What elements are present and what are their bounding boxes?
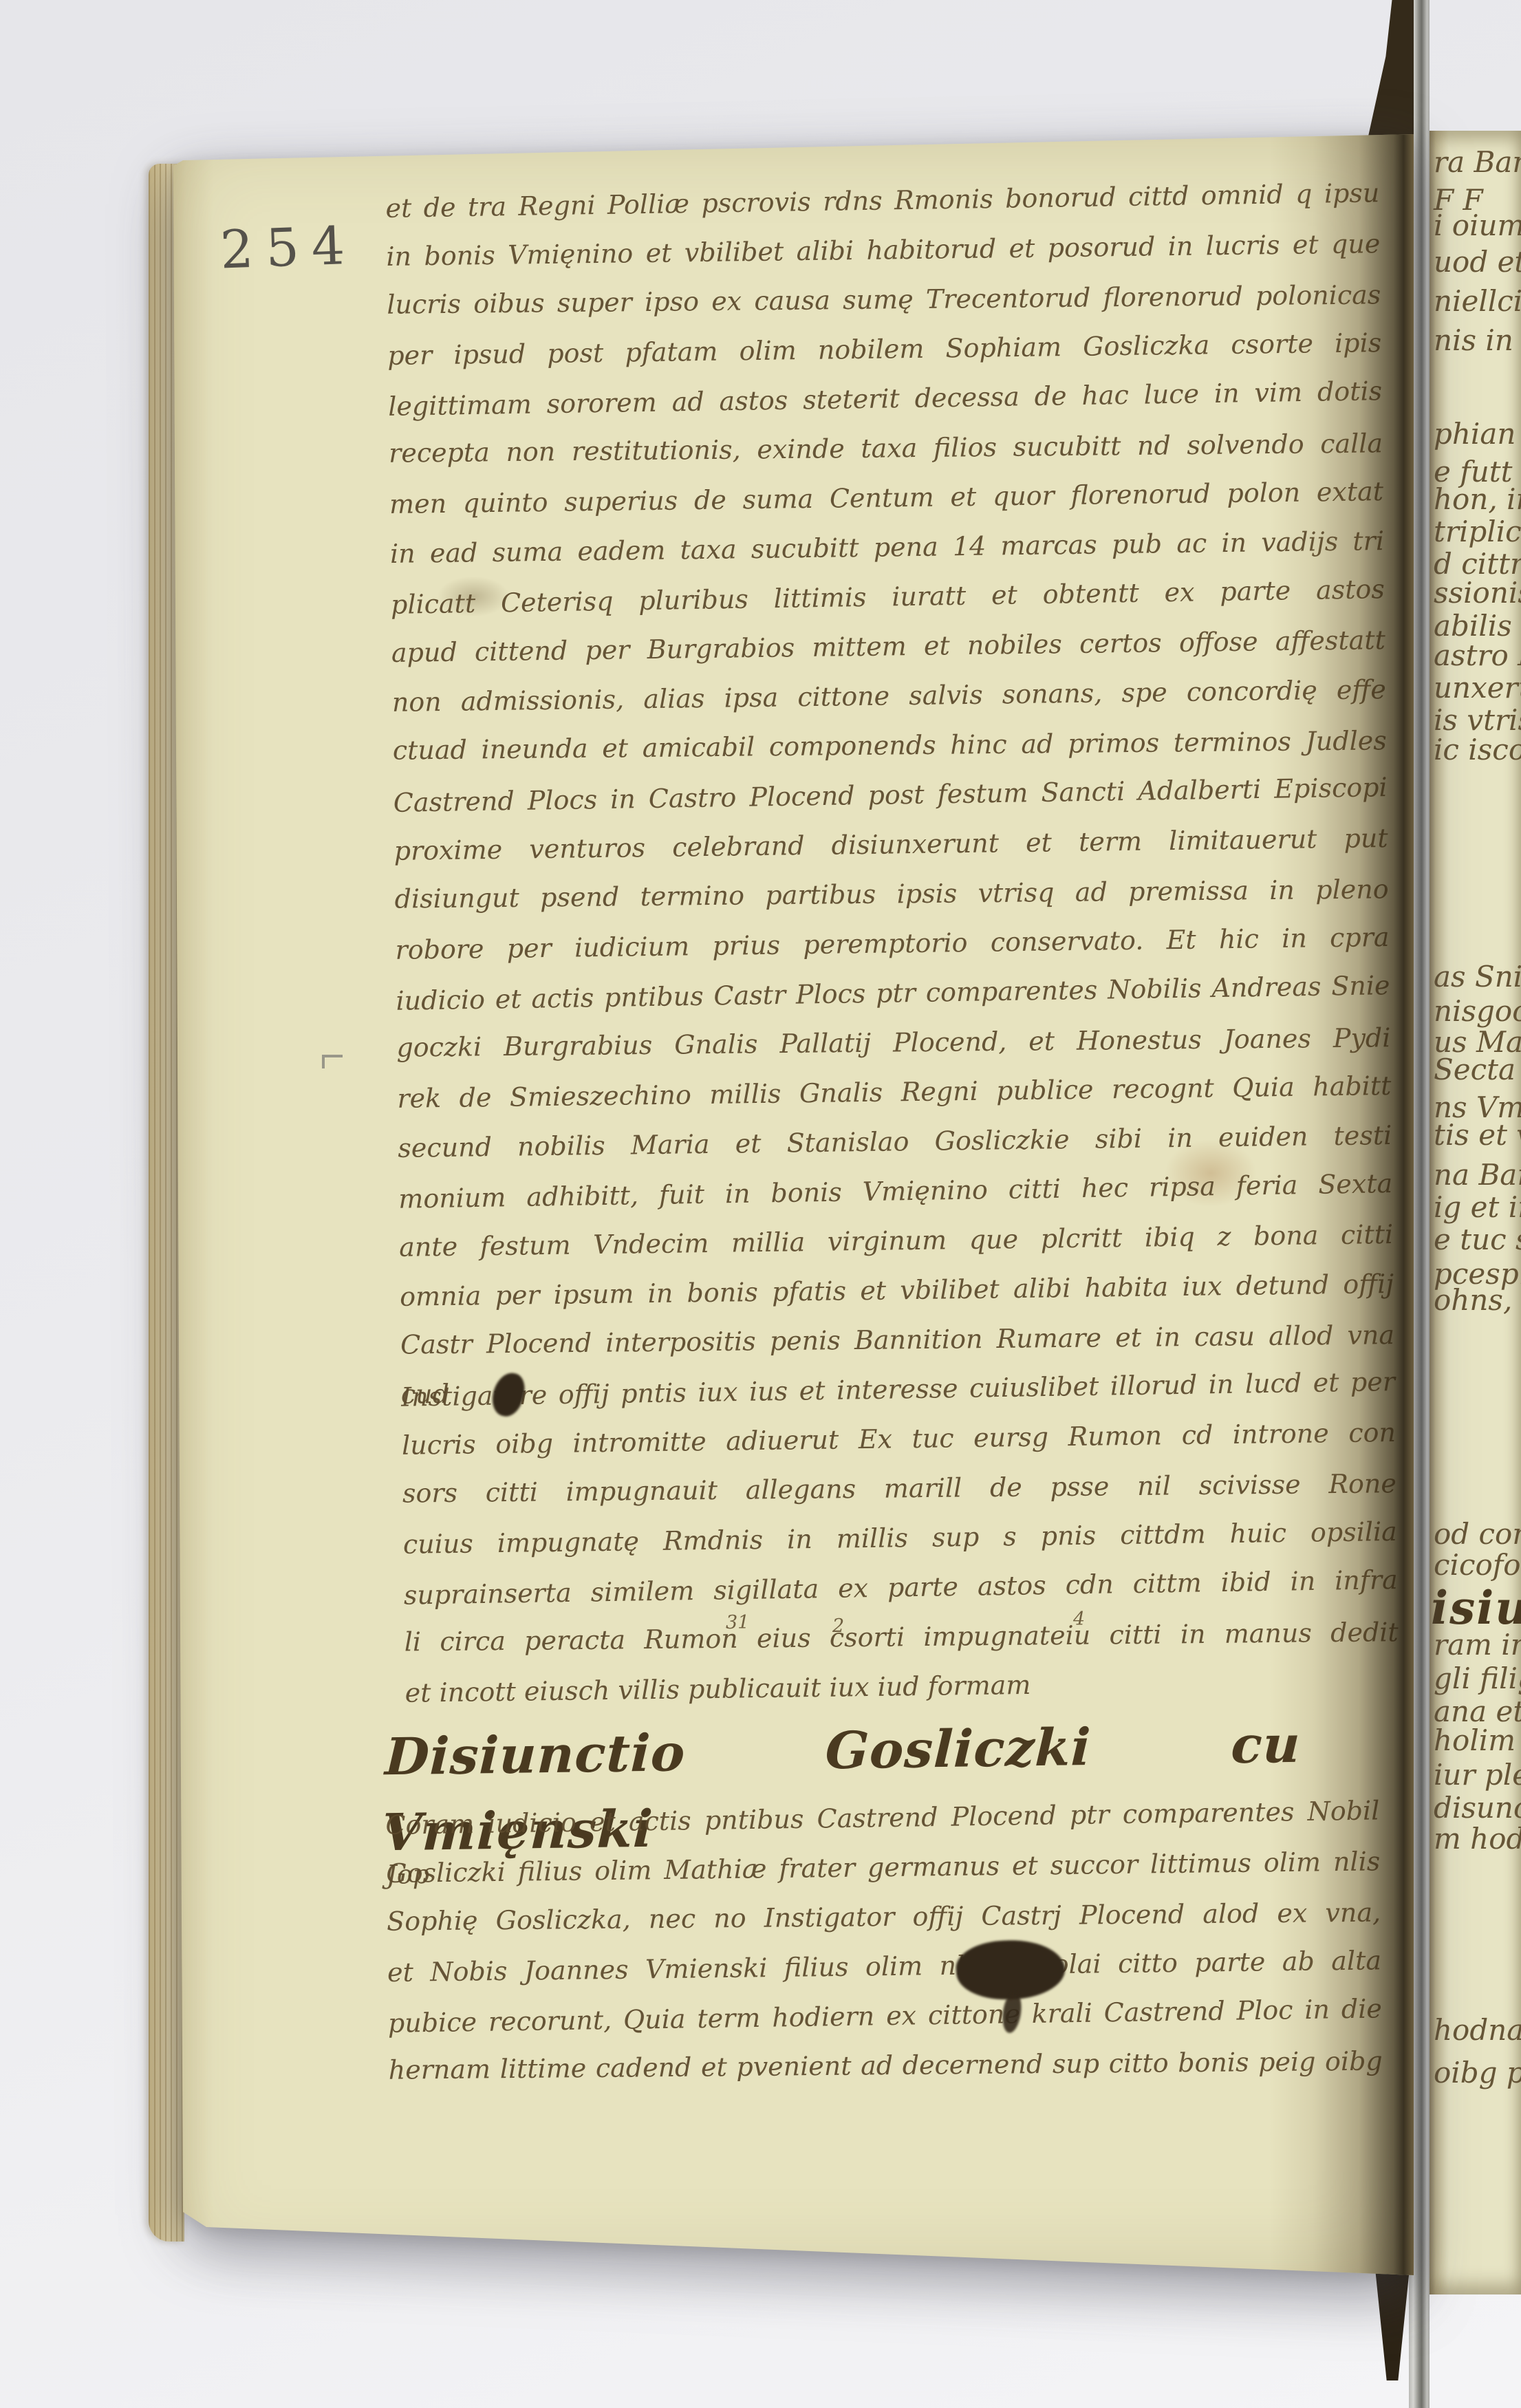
facing-page-text-line: Secta and <box>1434 1054 1521 1086</box>
facing-page-text-line: astro Ptocs <box>1434 640 1521 671</box>
folio-number: 254 <box>219 215 358 281</box>
manuscript-page: 254 et de tra Regni Polliæ pscrovis rdns… <box>165 134 1414 2277</box>
facing-page-text-line: i oium po ip <box>1434 210 1521 241</box>
facing-page-text-line: abilis com <box>1434 610 1521 642</box>
manuscript-page-wrap: 254 et de tra Regni Polliæ pscrovis rdns… <box>165 134 1414 2277</box>
facing-page-text-line: niellcisgo <box>1434 286 1521 317</box>
facing-page: isiunct ra BanmdF Fi oium po ipuod et pl… <box>1430 131 1521 2294</box>
manuscript-photo: isiunct ra BanmdF Fi oium po ipuod et pl… <box>0 0 1521 2408</box>
facing-page-text-line: hodnam b <box>1434 2014 1521 2046</box>
facing-page-text-line: hon, in eas <box>1434 484 1521 515</box>
facing-page-text-line: ohns, cittd <box>1434 1284 1521 1316</box>
facing-page-text-line: disunctione <box>1434 1792 1521 1824</box>
section-text-block: Coram iudicio et actis pntibus Castrend … <box>385 1787 1383 2096</box>
facing-page-text-line: tis et vbilit <box>1434 1119 1521 1151</box>
facing-page-text-line: as Snisgoch <box>1434 961 1521 993</box>
facing-page-text-line: iur plenis <box>1434 1759 1521 1791</box>
facing-page-text-line: ram indio et <box>1434 1629 1521 1661</box>
facing-page-text-line: m hodnam <box>1434 1823 1521 1855</box>
facing-page-text-line: ra Banmd <box>1434 147 1521 178</box>
gutter-shadow-top <box>1366 0 1414 149</box>
facing-page-text-line: ssionis, ali <box>1434 577 1521 609</box>
facing-page-text-line: gli filig olim <box>1434 1663 1521 1695</box>
manuscript-text-line: hernam littime cadend et pvenient ad dec… <box>388 2036 1383 2095</box>
section-heading: Disiunctio Gosliczki cu Vmięnski <box>383 1707 1302 1799</box>
facing-page-text-line: triplicatt <box>1434 516 1521 548</box>
facing-page-text-line: nis in mod <box>1434 325 1521 356</box>
facing-page-text-line: ig et interes <box>1434 1192 1521 1223</box>
facing-page-text-line: od con cittm <box>1434 1518 1521 1550</box>
facing-page-text-line: cicoforti cu <box>1434 1549 1521 1581</box>
gutter-edge-highlight <box>1403 162 1411 2219</box>
superscript-digits: 31 <box>726 1613 749 1632</box>
facing-page-text-line: nisgoczno m <box>1434 996 1521 1027</box>
facing-page-text-line: phian Gosl <box>1434 418 1521 450</box>
facing-page-text-line: e tuc sang w <box>1434 1224 1521 1256</box>
gutter-shadow-bottom <box>1374 2262 1410 2380</box>
facing-page-text-line: holim ntis <box>1434 1725 1521 1756</box>
main-text-block: et de tra Regni Polliæ pscrovis rdns Rmo… <box>385 169 1399 1718</box>
facing-page-text-line: is vtrisq ad <box>1434 705 1521 736</box>
facing-page-text-line: oibg pelna <box>1434 2057 1521 2089</box>
margin-tick-mark <box>322 1055 343 1068</box>
superscript-digits: 2 <box>832 1617 844 1635</box>
facing-page-text-line: na Bannion <box>1434 1159 1521 1191</box>
superscript-digits: 4 <box>1073 1610 1085 1628</box>
facing-page-text-line: unxerut et <box>1434 672 1521 704</box>
facing-page-heading-fragment: isiunct <box>1431 1582 1521 1633</box>
facing-page-text-line: ic iscoram <box>1434 734 1521 766</box>
facing-page-text-line: uod et pluri <box>1434 246 1521 278</box>
